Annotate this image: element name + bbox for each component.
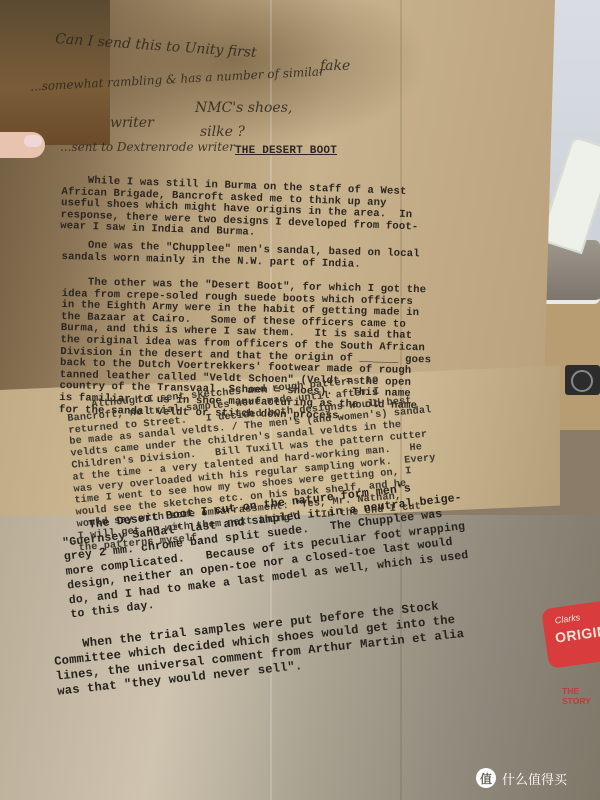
booklet-subtitle: THE STORY	[562, 686, 600, 706]
watermark: 值 什么值得买	[476, 768, 567, 788]
holding-finger	[0, 132, 45, 158]
handwritten-note: ...sent to Dextrenrode writer	[60, 140, 235, 154]
handwritten-note: writer	[110, 115, 154, 131]
watermark-text: 什么值得买	[502, 769, 567, 788]
handwritten-note: silke ?	[200, 124, 245, 140]
handwritten-note: NMC's shoes,	[195, 100, 292, 116]
fan-icon	[565, 365, 600, 395]
clarks-originals-booklet: Clarks ORIGINALS	[541, 601, 600, 669]
vintage-picture	[0, 0, 110, 145]
document-title: THE DESERT BOOT	[235, 145, 337, 157]
booklet-script-label: Clarks	[554, 612, 581, 625]
watermark-logo-icon: 值	[476, 768, 496, 788]
